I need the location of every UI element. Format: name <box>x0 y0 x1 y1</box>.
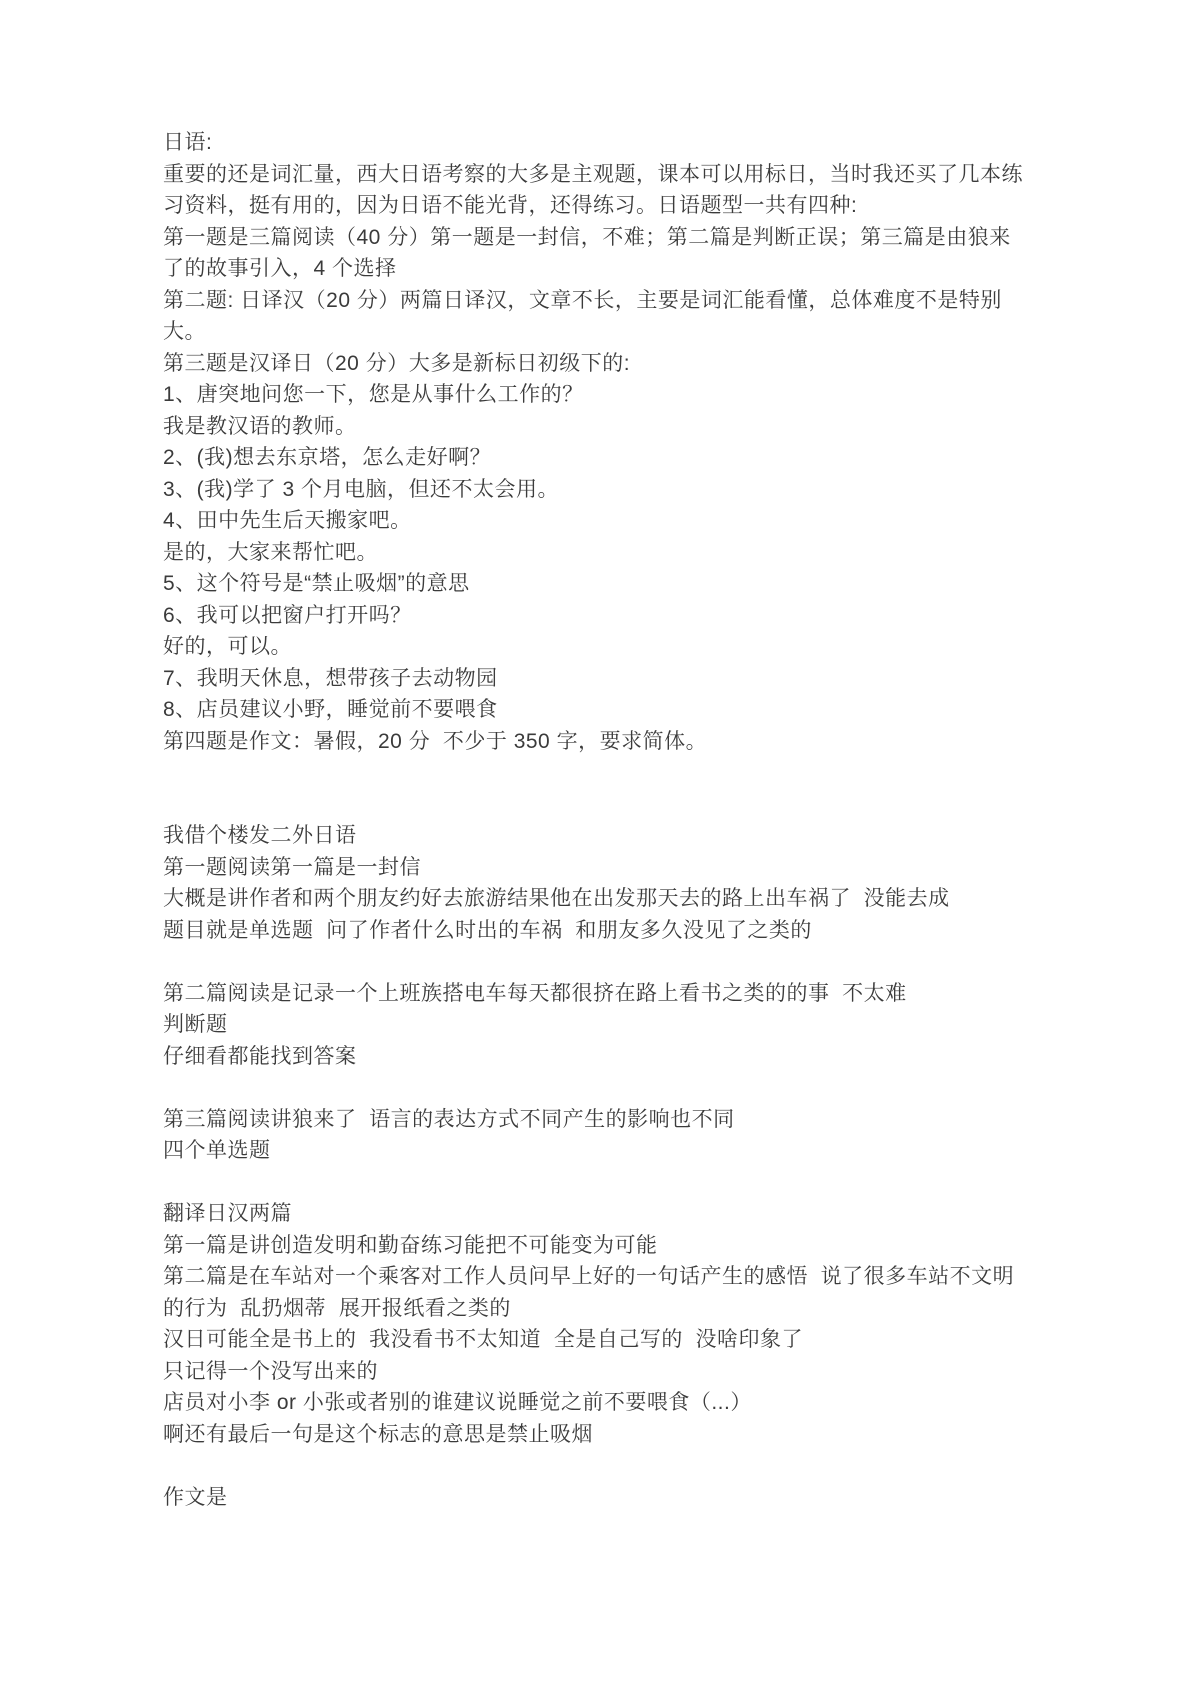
text-line: 5、这个符号是“禁止吸烟”的意思 <box>163 568 1063 600</box>
text-line: 第二篇是在车站对一个乘客对工作人员问早上好的一句话产生的感悟 说了很多车站不文明 <box>163 1261 1063 1293</box>
text-line: 3、(我)学了 3 个月电脑，但还不太会用。 <box>163 474 1063 506</box>
text-line: 2、(我)想去东京塔，怎么走好啊？ <box>163 442 1063 474</box>
text-line: 重要的还是词汇量，西大日语考察的大多是主观题，课本可以用标日，当时我还买了几本练 <box>163 159 1063 191</box>
text-line: 我是教汉语的教师。 <box>163 411 1063 443</box>
blank-line <box>163 789 1063 821</box>
text-line: 我借个楼发二外日语 <box>163 820 1063 852</box>
text-line: 啊还有最后一句是这个标志的意思是禁止吸烟 <box>163 1419 1063 1451</box>
text-line: 7、我明天休息，想带孩子去动物园 <box>163 663 1063 695</box>
text-line: 好的，可以。 <box>163 631 1063 663</box>
text-line: 习资料，挺有用的，因为日语不能光背，还得练习。日语题型一共有四种: <box>163 190 1063 222</box>
blank-line <box>163 1167 1063 1199</box>
text-line: 了的故事引入，4 个选择 <box>163 253 1063 285</box>
text-line: 第二篇阅读是记录一个上班族搭电车每天都很挤在路上看书之类的的事 不太难 <box>163 978 1063 1010</box>
text-line: 1、唐突地问您一下，您是从事什么工作的？ <box>163 379 1063 411</box>
text-line: 第一篇是讲创造发明和勤奋练习能把不可能变为可能 <box>163 1230 1063 1262</box>
text-line: 日语: <box>163 127 1063 159</box>
text-line: 6、我可以把窗户打开吗？ <box>163 600 1063 632</box>
text-line: 大。 <box>163 316 1063 348</box>
blank-line <box>163 946 1063 978</box>
text-line: 第一题阅读第一篇是一封信 <box>163 852 1063 884</box>
text-line: 店员对小李 or 小张或者别的谁建议说睡觉之前不要喂食（...） <box>163 1387 1063 1419</box>
blank-line <box>163 1072 1063 1104</box>
text-line: 第一题是三篇阅读（40 分）第一题是一封信，不难；第二篇是判断正误；第三篇是由狼… <box>163 222 1063 254</box>
text-line: 仔细看都能找到答案 <box>163 1041 1063 1073</box>
text-line: 第四题是作文：暑假，20 分 不少于 350 字，要求简体。 <box>163 726 1063 758</box>
text-line: 四个单选题 <box>163 1135 1063 1167</box>
text-line: 只记得一个没写出来的 <box>163 1356 1063 1388</box>
text-line: 大概是讲作者和两个朋友约好去旅游结果他在出发那天去的路上出车祸了 没能去成 <box>163 883 1063 915</box>
text-line: 作文是 <box>163 1482 1063 1514</box>
blank-line <box>163 757 1063 789</box>
text-line: 的行为 乱扔烟蒂 展开报纸看之类的 <box>163 1293 1063 1325</box>
blank-line <box>163 1450 1063 1482</box>
text-line: 4、田中先生后天搬家吧。 <box>163 505 1063 537</box>
text-line: 第三篇阅读讲狼来了 语言的表达方式不同产生的影响也不同 <box>163 1104 1063 1136</box>
text-line: 是的，大家来帮忙吧。 <box>163 537 1063 569</box>
text-line: 判断题 <box>163 1009 1063 1041</box>
text-line: 8、店员建议小野，睡觉前不要喂食 <box>163 694 1063 726</box>
text-line: 汉日可能全是书上的 我没看书不太知道 全是自己写的 没啥印象了 <box>163 1324 1063 1356</box>
text-line: 题目就是单选题 问了作者什么时出的车祸 和朋友多久没见了之类的 <box>163 915 1063 947</box>
text-line: 第三题是汉译日（20 分）大多是新标日初级下的: <box>163 348 1063 380</box>
text-line: 翻译日汉两篇 <box>163 1198 1063 1230</box>
document-text: 日语:重要的还是词汇量，西大日语考察的大多是主观题，课本可以用标日，当时我还买了… <box>163 127 1063 1513</box>
document-page: 日语:重要的还是词汇量，西大日语考察的大多是主观题，课本可以用标日，当时我还买了… <box>0 0 1190 1683</box>
text-line: 第二题: 日译汉（20 分）两篇日译汉，文章不长，主要是词汇能看懂，总体难度不是… <box>163 285 1063 317</box>
